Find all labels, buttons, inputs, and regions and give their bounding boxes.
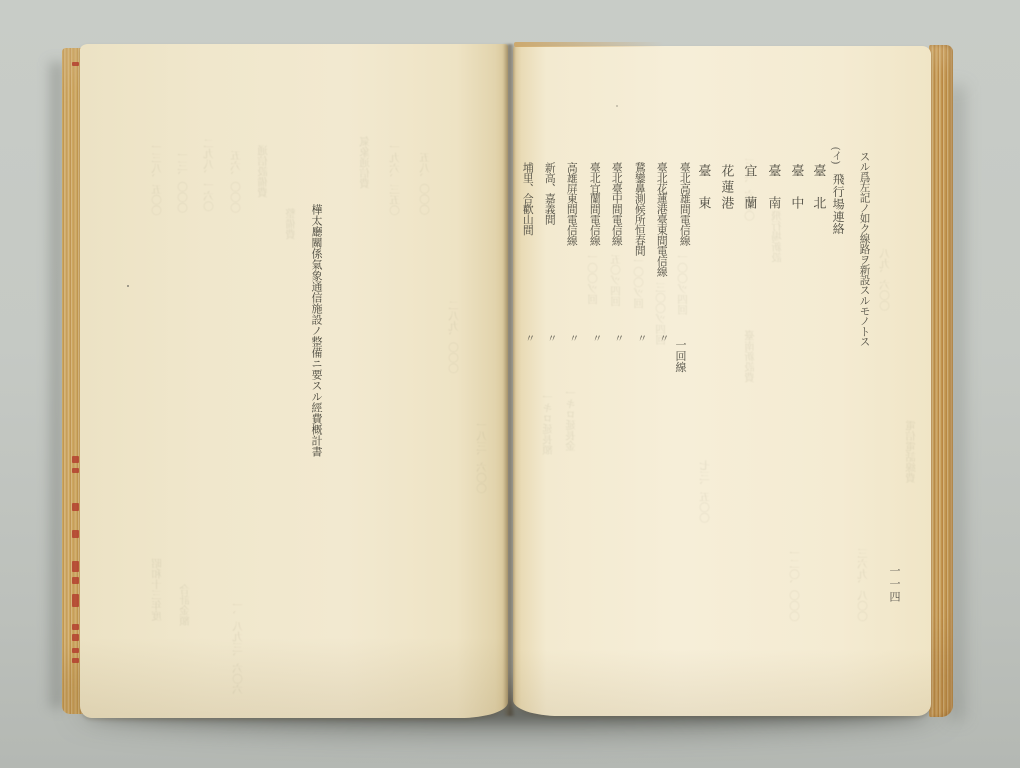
airfield-name: 花蓮港: [719, 164, 734, 209]
ditto-mark: 〃: [656, 333, 668, 343]
showthrough-text: 一八三、六〇〇: [477, 420, 490, 494]
showthrough-text: 一二〇、〇〇〇: [790, 548, 803, 622]
book-photo: 一三八、五〇〇一三、〇〇〇二九八、一六〇五六、〇〇〇通信設備費整備費氣象通信費一…: [0, 0, 1020, 768]
showthrough-text: 通信設備費: [258, 145, 271, 198]
gutter-shadow: [503, 44, 515, 716]
showthrough-text: 八九、六〇〇: [880, 248, 893, 311]
page-number: 一一四: [887, 565, 900, 604]
showthrough-text: 合計金額: [180, 584, 193, 626]
airfield-name: 宜蘭: [742, 164, 757, 209]
telegraph-line-name: 臺北宜蘭間電信線: [588, 162, 601, 245]
telegraph-line-name: 鵞鑾鼻測候所恒春間: [633, 162, 646, 256]
showthrough-text: 五八、〇〇〇: [420, 152, 433, 215]
showthrough-text: 一〇〇ヅ回: [588, 252, 601, 305]
telegraph-line-name: 高雄屏東間電信線: [565, 162, 578, 245]
ditto-mark: 〃: [634, 333, 646, 343]
airfield-name: 臺中: [789, 164, 804, 209]
showthrough-text: 昭和十三年度: [152, 558, 165, 621]
ditto-mark: 〃: [566, 333, 578, 343]
showthrough-text: 整備費: [286, 208, 299, 240]
showthrough-text: 五六、〇〇〇: [231, 150, 244, 213]
showthrough-text: 飛行場新設: [772, 210, 785, 263]
showthrough-text: 一、八九三、六〇六: [233, 600, 246, 695]
showthrough-text: 一〇〇ヅ四回: [678, 252, 691, 315]
airfield-name: 臺北: [811, 164, 826, 209]
red-edge-stamp: [72, 648, 79, 653]
right-page-heading: スル爲左記ノ如ク線路ヲ新設スルモノトス: [857, 151, 870, 347]
showthrough-text: 一キロ延長金: [566, 388, 579, 451]
item-title: 飛行場連絡: [831, 173, 845, 235]
showthrough-text: 一三八、五〇〇: [152, 142, 165, 216]
ditto-mark: 〃: [544, 333, 556, 343]
red-edge-stamp: [72, 456, 79, 463]
red-edge-stamp: [72, 561, 79, 572]
ditto-mark: 〃: [611, 333, 623, 343]
paper-speck: [127, 285, 129, 287]
telegraph-line-name: 臺北高雄間電信線: [678, 162, 691, 245]
item-label: (イ): [829, 147, 841, 164]
showthrough-text: 一三、〇〇〇: [178, 150, 191, 213]
red-edge-stamp: [72, 530, 79, 538]
red-edge-stamp: [72, 658, 79, 663]
red-edge-stamp: [72, 634, 79, 641]
showthrough-text: 臺南新設費: [745, 330, 758, 383]
telegraph-line-name: 埔里、合歡山間: [521, 162, 534, 235]
showthrough-text: 電信電話線費: [906, 420, 919, 483]
red-edge-stamp: [72, 503, 79, 511]
red-edge-stamp: [72, 468, 79, 473]
telegraph-line-name: 臺北花蓮港臺東間電信線: [655, 162, 668, 276]
left-page-title: 樺太廳關係氣象通信施設ノ整備ニ要スル經費概計書: [309, 204, 322, 457]
airfield-name: 臺東: [696, 164, 711, 209]
red-edge-stamp: [72, 577, 79, 584]
ditto-mark: 〃: [522, 333, 534, 343]
showthrough-text: 氣象通信費: [360, 136, 373, 189]
showthrough-text: 一〇〇ヅ回: [634, 256, 647, 309]
showthrough-text: 一九六、三五〇: [390, 142, 403, 216]
line-count: 一回線: [673, 339, 686, 373]
showthrough-text: 一キロ延長額: [543, 392, 556, 455]
ditto-mark: 〃: [589, 333, 601, 343]
paper-speck: [616, 105, 618, 107]
right-fore-edge-pages: [929, 45, 953, 717]
showthrough-text: 五〇ヅ四回: [611, 254, 624, 307]
telegraph-line-name: 臺北臺中間電信線: [610, 162, 623, 245]
left-page: [80, 44, 508, 718]
showthrough-text: 二九八、一六〇: [204, 138, 217, 212]
red-edge-stamp: [72, 62, 79, 66]
red-edge-stamp: [72, 624, 79, 630]
showthrough-text: 二八九、〇〇〇: [449, 300, 462, 374]
showthrough-text: 三六九、八〇〇: [858, 548, 871, 622]
telegraph-line-name: 新高、嘉義間: [543, 162, 556, 224]
red-edge-stamp: [72, 594, 79, 607]
showthrough-text: 七三、五〇〇: [700, 460, 713, 523]
page-top-edge: [514, 42, 664, 47]
airfield-name: 臺南: [766, 164, 781, 209]
